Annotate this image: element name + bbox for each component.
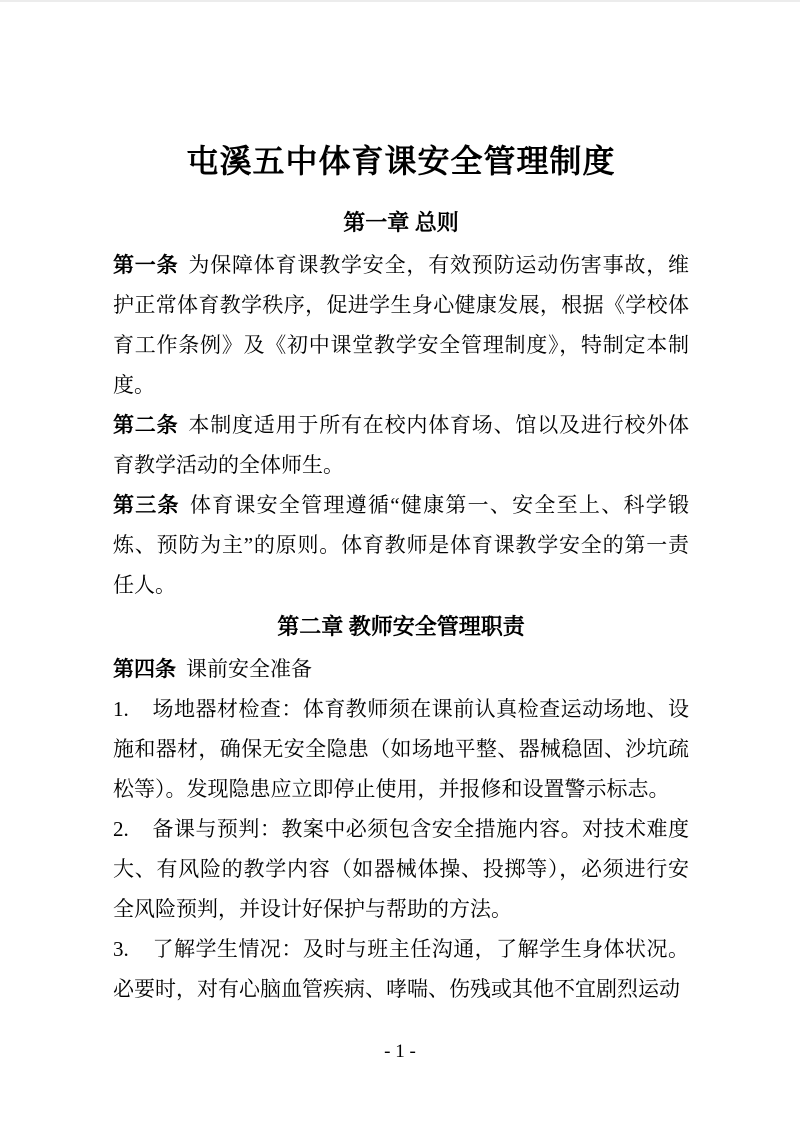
article-text: 为保障体育课教学安全，有效预防运动伤害事故，维护正常体育教学秩序，促进学生身心健…	[113, 253, 689, 397]
item-text: 了解学生情况：及时与班主任沟通，了解学生身体状况。必要时，对有心脑血管疾病、哮喘…	[113, 937, 689, 1001]
article-label: 第四条	[113, 657, 176, 681]
document-content: 屯溪五中体育课安全管理制度 第一章 总则 第一条为保障体育课教学安全，有效预防运…	[0, 142, 800, 1009]
page-number: - 1 -	[0, 1040, 800, 1064]
article-text: 课前安全准备	[186, 657, 312, 681]
chapter-1-heading: 第一章 总则	[113, 201, 689, 245]
article-paragraph: 第一条为保障体育课教学安全，有效预防运动伤害事故，维护正常体育教学秩序，促进学生…	[113, 245, 689, 405]
numbered-item: 3.了解学生情况：及时与班主任沟通，了解学生身体状况。必要时，对有心脑血管疾病、…	[113, 929, 689, 1009]
article-paragraph: 第二条本制度适用于所有在校内体育场、馆以及进行校外体育教学活动的全体师生。	[113, 405, 689, 485]
article-label: 第二条	[113, 413, 178, 437]
numbered-item: 2.备课与预判：教案中必须包含安全措施内容。对技术难度大、有风险的教学内容（如器…	[113, 809, 689, 929]
article-label: 第一条	[113, 253, 178, 277]
article-paragraph: 第三条体育课安全管理遵循“健康第一、安全至上、科学锻炼、预防为主”的原则。体育教…	[113, 485, 689, 605]
numbered-item: 1.场地器材检查：体育教师须在课前认真检查运动场地、设施和器材，确保无安全隐患（…	[113, 689, 689, 809]
document-page: 屯溪五中体育课安全管理制度 第一章 总则 第一条为保障体育课教学安全，有效预防运…	[0, 0, 800, 1132]
item-number: 3.	[113, 929, 152, 969]
article-paragraph: 第四条课前安全准备	[113, 649, 689, 689]
item-text: 场地器材检查：体育教师须在课前认真检查运动场地、设施和器材，确保无安全隐患（如场…	[113, 697, 689, 801]
document-title: 屯溪五中体育课安全管理制度	[113, 142, 689, 180]
article-text: 本制度适用于所有在校内体育场、馆以及进行校外体育教学活动的全体师生。	[113, 413, 689, 477]
item-text: 备课与预判：教案中必须包含安全措施内容。对技术难度大、有风险的教学内容（如器械体…	[113, 817, 689, 921]
article-label: 第三条	[113, 493, 180, 517]
item-number: 2.	[113, 809, 152, 849]
item-number: 1.	[113, 689, 152, 729]
article-text: 体育课安全管理遵循“健康第一、安全至上、科学锻炼、预防为主”的原则。体育教师是体…	[113, 493, 689, 597]
chapter-2-heading: 第二章 教师安全管理职责	[113, 605, 689, 649]
